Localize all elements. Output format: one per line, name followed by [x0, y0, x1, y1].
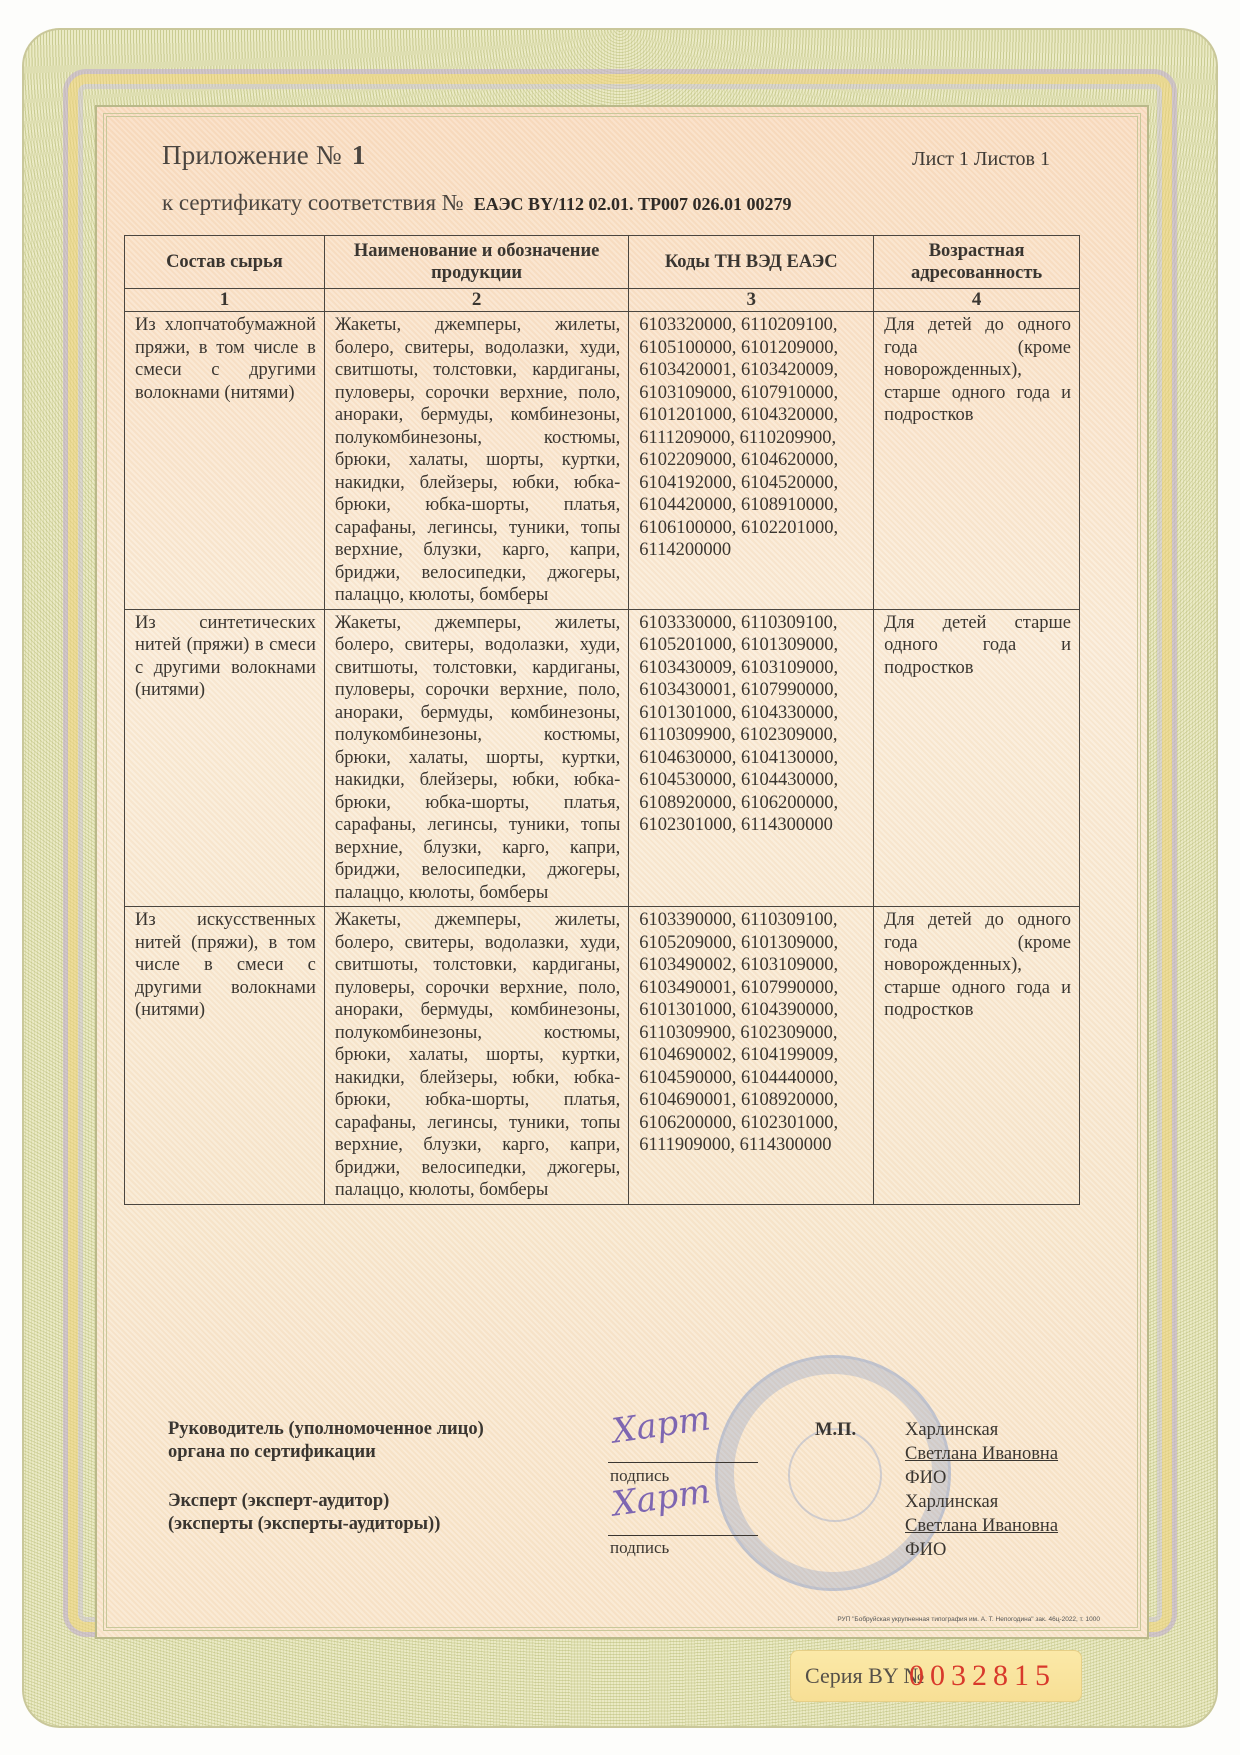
tn-ved-code-line: 6108920000, 6106200000, [639, 792, 865, 815]
expert-signature-label: подпись [610, 1538, 669, 1558]
header-age-group: Возрастная адресованность [874, 236, 1080, 289]
certificate-reference: к сертификату соответствия №ЕАЭС BY/112 … [162, 190, 792, 216]
tn-ved-code-line: 6111209000, 6110209900, [639, 427, 865, 450]
tn-ved-code-line: 6103390000, 6110309100, [639, 909, 865, 932]
series-label: Серия BY № [805, 1663, 924, 1689]
column-number: 1 [125, 289, 325, 312]
certificate-label: к сертификату соответствия № [162, 190, 464, 215]
tn-ved-code-line: 6110309900, 6102309000, [639, 724, 865, 747]
seal-label: М.П. [815, 1420, 856, 1441]
printer-note: РУП "Бобруйская укрупненная типография и… [837, 1616, 1100, 1623]
expert-person-label: ФИО [905, 1538, 1058, 1562]
appendix-number: 1 [352, 140, 366, 170]
tn-ved-code-line: 6103330000, 6110309100, [639, 612, 865, 635]
head-signature-line [608, 1462, 758, 1463]
expert-title-line: Эксперт (эксперт-аудитор) [168, 1490, 440, 1513]
tn-ved-code-line: 6114200000 [639, 539, 865, 562]
codes-cell: 6103390000, 6110309100,6105209000, 61013… [629, 907, 874, 1205]
tn-ved-code-line: 6102209000, 6104620000, [639, 449, 865, 472]
age-cell: Для детей до одного года (кроме новорожд… [874, 907, 1080, 1205]
certificate-number: ЕАЭС BY/112 02.01. ТР007 026.01 00279 [474, 194, 792, 214]
expert-person-name: Светлана Ивановна [905, 1514, 1058, 1538]
expert-signature-line [608, 1535, 758, 1536]
tn-ved-code-line: 6105100000, 6101209000, [639, 337, 865, 360]
table-row: Из хлопчатобумажной пряжи, в том числе в… [125, 312, 1080, 610]
series-badge: Серия BY № 0032815 [790, 1650, 1082, 1702]
expert-person-surname: Харлинская [905, 1490, 1058, 1514]
tn-ved-code-line: 6111909000, 6114300000 [639, 1134, 865, 1157]
head-person: Харлинская Светлана Ивановна ФИО [905, 1418, 1058, 1490]
column-number: 4 [874, 289, 1080, 312]
age-cell: Для детей старше одного года и подростко… [874, 609, 1080, 907]
tn-ved-code-line: 6104690002, 6104199009, [639, 1044, 865, 1067]
tn-ved-code-line: 6104530000, 6104430000, [639, 769, 865, 792]
tn-ved-code-line: 6103430009, 6103109000, [639, 657, 865, 680]
tn-ved-code-line: 6102301000, 6114300000 [639, 814, 865, 837]
tn-ved-code-line: 6104690001, 6108920000, [639, 1089, 865, 1112]
tn-ved-code-line: 6106100000, 6102201000, [639, 517, 865, 540]
head-title: Руководитель (уполномоченное лицо) орган… [168, 1418, 484, 1464]
header-material: Состав сырья [125, 236, 325, 289]
tn-ved-code-line: 6101301000, 6104330000, [639, 702, 865, 725]
series-number: 0032815 [909, 1659, 1056, 1693]
head-title-line: органа по сертификации [168, 1441, 484, 1464]
expert-person: Харлинская Светлана Ивановна ФИО [905, 1490, 1058, 1562]
table-row: Из синтетических нитей (пряжи) в смеси с… [125, 609, 1080, 907]
tn-ved-code-line: 6101201000, 6104320000, [639, 404, 865, 427]
head-person-label: ФИО [905, 1466, 1058, 1490]
tn-ved-code-line: 6106200000, 6102301000, [639, 1112, 865, 1135]
codes-cell: 6103330000, 6110309100,6105201000, 61013… [629, 609, 874, 907]
tn-ved-code-line: 6103420001, 6103420009, [639, 359, 865, 382]
tn-ved-code-line: 6104192000, 6104520000, [639, 472, 865, 495]
tn-ved-code-line: 6104590000, 6104440000, [639, 1067, 865, 1090]
material-cell: Из синтетических нитей (пряжи) в смеси с… [125, 609, 325, 907]
tn-ved-code-line: 6103320000, 6110209100, [639, 314, 865, 337]
column-number-row: 1 2 3 4 [125, 289, 1080, 312]
expert-title: Эксперт (эксперт-аудитор) (эксперты (экс… [168, 1490, 440, 1536]
tn-ved-code-line: 6103430001, 6107990000, [639, 679, 865, 702]
head-signature-label: подпись [610, 1466, 669, 1486]
table-header-row: Состав сырья Наименование и обозначение … [125, 236, 1080, 289]
tn-ved-code-line: 6103490002, 6103109000, [639, 954, 865, 977]
head-person-name: Светлана Ивановна [905, 1442, 1058, 1466]
material-cell: Из хлопчатобумажной пряжи, в том числе в… [125, 312, 325, 610]
tn-ved-code-line: 6103109000, 6107910000, [639, 382, 865, 405]
appendix-label: Приложение № [162, 140, 342, 170]
products-cell: Жакеты, джемперы, жилеты, болеро, свитер… [324, 609, 628, 907]
head-title-line: Руководитель (уполномоченное лицо) [168, 1418, 484, 1441]
tn-ved-code-line: 6101301000, 6104390000, [639, 999, 865, 1022]
head-person-surname: Харлинская [905, 1418, 1058, 1442]
tn-ved-code-line: 6104630000, 6104130000, [639, 747, 865, 770]
appendix-title: Приложение №1 [162, 140, 366, 171]
material-cell: Из искусственных нитей (пряжи), в том чи… [125, 907, 325, 1205]
expert-title-line: (эксперты (эксперты-аудиторы)) [168, 1513, 440, 1536]
products-table: Состав сырья Наименование и обозначение … [124, 235, 1080, 1205]
products-cell: Жакеты, джемперы, жилеты, болеро, свитер… [324, 312, 628, 610]
column-number: 3 [629, 289, 874, 312]
column-number: 2 [324, 289, 628, 312]
age-cell: Для детей до одного года (кроме новорожд… [874, 312, 1080, 610]
tn-ved-code-line: 6104420000, 6108910000, [639, 494, 865, 517]
tn-ved-code-line: 6105209000, 6101309000, [639, 932, 865, 955]
tn-ved-code-line: 6105201000, 6101309000, [639, 634, 865, 657]
codes-cell: 6103320000, 6110209100,6105100000, 61012… [629, 312, 874, 610]
header-tn-ved-codes: Коды ТН ВЭД ЕАЭС [629, 236, 874, 289]
tn-ved-code-line: 6110309900, 6102309000, [639, 1022, 865, 1045]
sheet-info: Лист 1 Листов 1 [912, 148, 1050, 171]
products-cell: Жакеты, джемперы, жилеты, болеро, свитер… [324, 907, 628, 1205]
header-product-name: Наименование и обозначение продукции [324, 236, 628, 289]
tn-ved-code-line: 6103490001, 6107990000, [639, 977, 865, 1000]
table-row: Из искусственных нитей (пряжи), в том чи… [125, 907, 1080, 1205]
